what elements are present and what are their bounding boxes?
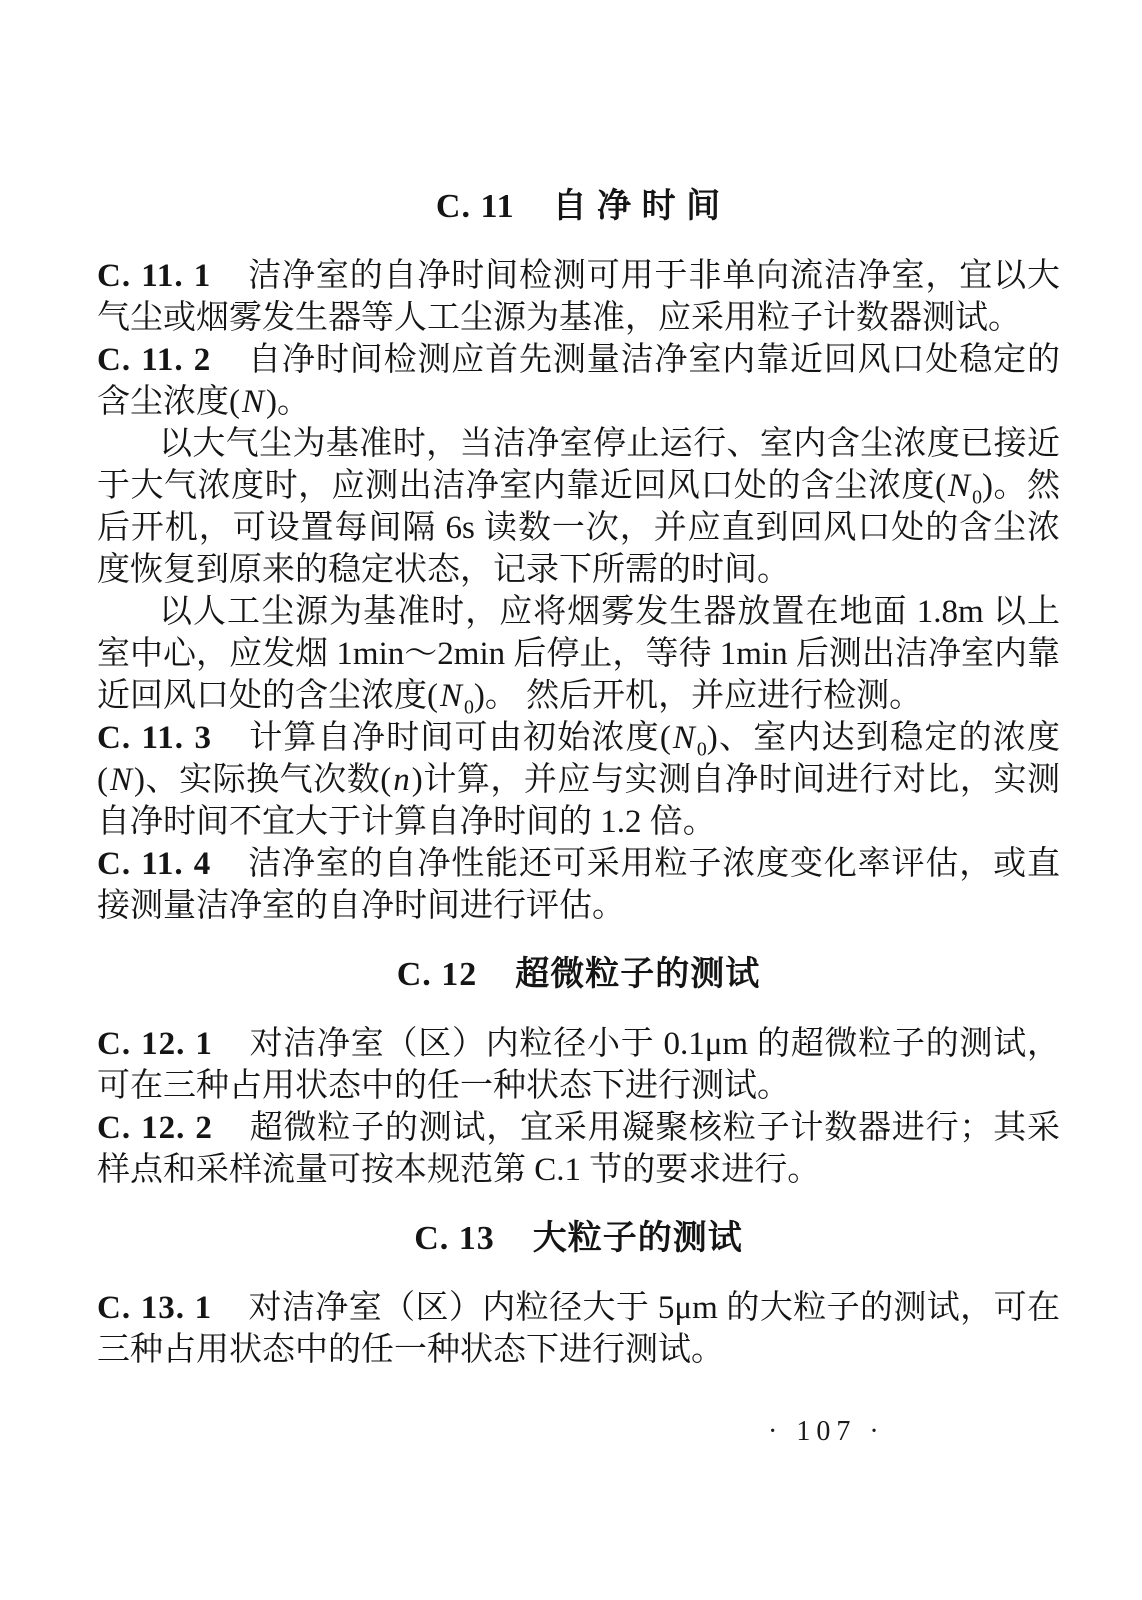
math-variable: N [240, 384, 266, 420]
text-run: 以大气尘为基准时，当洁净室停止运行、室内含尘浓度已接近于大气浓度时，应测出洁净室… [97, 426, 1060, 504]
page-content: C. 11自 净 时 间C. 11. 1洁净室的自净时间检测可用于非单向流洁净室… [97, 185, 1060, 1371]
text-run: 计算自净时间可由初始浓度( [248, 720, 671, 756]
math-subscript: 0 [972, 487, 982, 509]
text-run: )、实际换气次数( [134, 762, 391, 798]
clause-number: C. 11. 4 [97, 846, 211, 882]
clause-number: C. 11. 3 [97, 720, 212, 756]
math-variable: N [946, 468, 972, 504]
section-title: 自 净 时 间 [553, 188, 722, 225]
text-run: 超微粒子的测试，宜采用凝聚核粒子计数器进行；其采样点和采样流量可按本规范第 C.… [97, 1110, 1060, 1188]
text-run: )。 [266, 384, 310, 420]
section-title: 超微粒子的测试 [515, 956, 760, 993]
math-variable: N [671, 720, 697, 756]
section-heading: C. 12超微粒子的测试 [97, 953, 1060, 997]
clause-number: C. 12. 2 [97, 1110, 213, 1146]
section-number: C. 13 [414, 1220, 495, 1257]
text-run: )。 然后开机，并应进行检测。 [474, 678, 922, 714]
clause-number: C. 11. 2 [97, 342, 211, 378]
clause-number: C. 13. 1 [97, 1290, 212, 1326]
clause-paragraph: C. 13. 1对洁净室（区）内粒径大于 5μm 的大粒子的测试，可在三种占用状… [97, 1287, 1060, 1371]
text-run: 洁净室的自净性能还可采用粒子浓度变化率评估，或直接测量洁净室的自净时间进行评估。 [97, 846, 1060, 924]
clause-paragraph: C. 12. 2超微粒子的测试，宜采用凝聚核粒子计数器进行；其采样点和采样流量可… [97, 1107, 1060, 1191]
math-variable: N [438, 678, 464, 714]
body-paragraph: 以人工尘源为基准时，应将烟雾发生器放置在地面 1.8m 以上室中心，应发烟 1m… [97, 591, 1060, 717]
clause-paragraph: C. 12. 1对洁净室（区）内粒径小于 0.1μm 的超微粒子的测试，可在三种… [97, 1023, 1060, 1107]
clause-paragraph: C. 11. 3计算自净时间可由初始浓度(N0)、室内达到稳定的浓度(N)、实际… [97, 717, 1060, 843]
clause-paragraph: C. 11. 1洁净室的自净时间检测可用于非单向流洁净室，宜以大气尘或烟雾发生器… [97, 255, 1060, 339]
clause-paragraph: C. 11. 4洁净室的自净性能还可采用粒子浓度变化率评估，或直接测量洁净室的自… [97, 843, 1060, 927]
clause-paragraph: C. 11. 2自净时间检测应首先测量洁净室内靠近回风口处稳定的含尘浓度(N)。 [97, 339, 1060, 423]
page-number: · 107 · [768, 1416, 885, 1448]
math-subscript: 0 [697, 739, 707, 761]
content-blocks: C. 11自 净 时 间C. 11. 1洁净室的自净时间检测可用于非单向流洁净室… [97, 185, 1060, 1371]
math-variable: n [391, 762, 412, 798]
section-heading: C. 13大粒子的测试 [97, 1217, 1060, 1261]
body-paragraph: 以大气尘为基准时，当洁净室停止运行、室内含尘浓度已接近于大气浓度时，应测出洁净室… [97, 423, 1060, 591]
math-variable: N [108, 762, 134, 798]
math-subscript: 0 [464, 697, 474, 719]
clause-number: C. 11. 1 [97, 258, 211, 294]
section-heading: C. 11自 净 时 间 [97, 185, 1060, 229]
section-number: C. 11 [436, 188, 515, 225]
section-number: C. 12 [397, 956, 478, 993]
clause-number: C. 12. 1 [97, 1026, 213, 1062]
document-page: C. 11自 净 时 间C. 11. 1洁净室的自净时间检测可用于非单向流洁净室… [0, 0, 1142, 1600]
text-run: 洁净室的自净时间检测可用于非单向流洁净室，宜以大气尘或烟雾发生器等人工尘源为基准… [97, 258, 1060, 336]
text-run: 对洁净室（区）内粒径大于 5μm 的大粒子的测试，可在三种占用状态中的任一种状态… [97, 1290, 1060, 1368]
section-title: 大粒子的测试 [533, 1220, 743, 1257]
text-run: 对洁净室（区）内粒径小于 0.1μm 的超微粒子的测试，可在三种占用状态中的任一… [97, 1026, 1060, 1104]
